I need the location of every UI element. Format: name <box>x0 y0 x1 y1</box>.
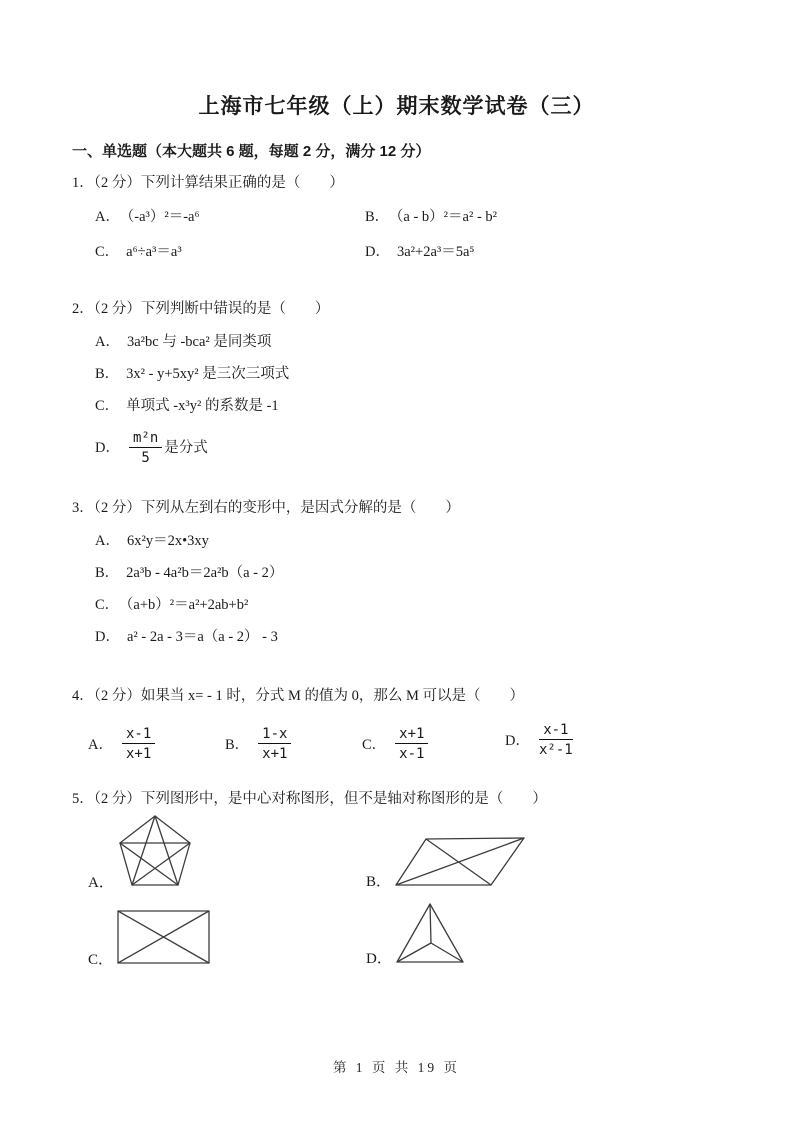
option-expression: （a+b）²＝a²+2ab+b² <box>126 597 248 613</box>
fraction-denominator: x+1 <box>258 744 291 763</box>
rectangle-figure <box>116 909 212 966</box>
option-expression: （-a³）²＝-a⁶ <box>127 209 200 225</box>
option-expression: 3a²bc 与 -bca² 是同类项 <box>127 334 271 350</box>
option-a: A．3a²bc 与 -bca² 是同类项 <box>95 332 732 352</box>
figure-option-b: B． <box>366 836 526 888</box>
option-expression: 2a³b - 4a²b＝2a²b（a - 2） <box>126 565 283 581</box>
question-2-options: A．3a²bc 与 -bca² 是同类项 B．3x² - y+5xy² 是三次三… <box>95 332 732 467</box>
question-2: 2．（2 分）下列判断中错误的是（ ） A．3a²bc 与 -bca² 是同类项… <box>72 299 732 479</box>
question-2-stem: 2．（2 分）下列判断中错误的是（ ） <box>72 299 732 319</box>
option-d: D．3a²+2a³＝5a⁵ <box>365 242 732 262</box>
parallelogram-figure <box>394 836 526 888</box>
question-4-options: A． x-1 x+1 B． 1-x x+1 C． x+1 x-1 <box>72 712 732 774</box>
exam-page: 上海市七年级（上）期末数学试卷（三） 一、单选题（本大题共 6 题，每题 2 分… <box>0 0 793 1122</box>
option-expression: a⁶÷a³＝a³ <box>126 244 182 260</box>
fraction: m²n 5 <box>129 428 162 467</box>
page-number: 第 1 页 共 19 页 <box>0 1056 793 1076</box>
fraction-numerator: 1-x <box>258 724 291 744</box>
option-label: C． <box>88 948 113 969</box>
option-expression: 6x²y＝2x•3xy <box>127 533 209 549</box>
question-5-stem: 5．（2 分）下列图形中，是中心对称图形，但不是轴对称图形的是（ ） <box>72 789 732 809</box>
option-label: B． <box>95 366 119 382</box>
fraction: x-1 x+1 <box>122 724 155 763</box>
option-label: D． <box>365 244 390 260</box>
fraction-denominator: x+1 <box>122 744 155 763</box>
option-b: B．2a³b - 4a²b＝2a²b（a - 2） <box>95 563 732 583</box>
option-label: A． <box>88 733 113 754</box>
option-label: D． <box>505 729 530 750</box>
option-a: A． x-1 x+1 <box>88 724 157 763</box>
option-d: D．a² - 2a - 3＝a（a - 2） - 3 <box>95 627 732 647</box>
pentagon-star-figure <box>117 813 195 889</box>
option-label: A． <box>95 209 120 225</box>
question-4-stem: 4．（2 分）如果当 x= - 1 时，分式 M 的值为 0，那么 M 可以是（… <box>72 686 732 706</box>
option-expression: 单项式 -x³y² 的系数是 -1 <box>126 398 278 414</box>
option-expression: （a - b）²＝a² - b² <box>396 209 497 225</box>
option-a: A．（-a³）²＝-a⁶ <box>95 207 365 227</box>
figure-option-c: C． <box>88 909 212 966</box>
triangle-figure <box>395 902 467 965</box>
fraction-denominator: 5 <box>129 448 162 467</box>
option-label: B． <box>95 565 119 581</box>
option-d: D． x-1 x²-1 <box>505 720 575 759</box>
option-label: A． <box>95 334 120 350</box>
option-label: C． <box>95 244 119 260</box>
fraction: 1-x x+1 <box>258 724 291 763</box>
option-label: C． <box>362 733 386 754</box>
question-5: 5．（2 分）下列图形中，是中心对称图形，但不是轴对称图形的是（ ） A． B．… <box>72 789 732 809</box>
option-b: B．3x² - y+5xy² 是三次三项式 <box>95 364 732 384</box>
option-c: C． x+1 x-1 <box>362 724 430 763</box>
option-b: B．（a - b）²＝a² - b² <box>365 207 732 227</box>
question-3-options: A．6x²y＝2x•3xy B．2a³b - 4a²b＝2a²b（a - 2） … <box>95 531 732 647</box>
fraction-numerator: x-1 <box>539 720 573 740</box>
option-label: C． <box>95 597 119 613</box>
question-1: 1．（2 分）下列计算结果正确的是（ ） A．（-a³）²＝-a⁶ B．（a -… <box>72 173 732 262</box>
fraction-numerator: m²n <box>129 428 162 448</box>
question-1-stem: 1．（2 分）下列计算结果正确的是（ ） <box>72 173 732 193</box>
exam-title: 上海市七年级（上）期末数学试卷（三） <box>0 90 793 120</box>
option-c: C．a⁶÷a³＝a³ <box>95 242 365 262</box>
option-expression: a² - 2a - 3＝a（a - 2） - 3 <box>127 629 278 645</box>
option-b: B． 1-x x+1 <box>225 724 293 763</box>
option-d: D． m²n 5 是分式 <box>95 428 732 467</box>
option-label: C． <box>95 398 119 414</box>
fraction-numerator: x-1 <box>122 724 155 744</box>
option-label: B． <box>225 733 249 754</box>
option-a: A．6x²y＝2x•3xy <box>95 531 732 551</box>
figure-option-d: D． <box>366 902 467 965</box>
option-expression: 3x² - y+5xy² 是三次三项式 <box>126 366 289 382</box>
option-c: C．单项式 -x³y² 的系数是 -1 <box>95 396 732 416</box>
option-label: D． <box>95 629 120 645</box>
option-c: C．（a+b）²＝a²+2ab+b² <box>95 595 732 615</box>
option-label: A． <box>95 533 120 549</box>
fraction-numerator: x+1 <box>395 724 428 744</box>
question-1-options: A．（-a³）²＝-a⁶ B．（a - b）²＝a² - b² C．a⁶÷a³＝… <box>95 207 732 262</box>
option-suffix-text: 是分式 <box>164 438 208 458</box>
figure-option-a: A． <box>88 813 195 889</box>
option-label: B． <box>365 209 389 225</box>
option-label: B． <box>366 870 391 891</box>
question-3-stem: 3．（2 分）下列从左到右的变形中，是因式分解的是（ ） <box>72 498 732 518</box>
option-label: D． <box>95 438 120 458</box>
option-label: D． <box>366 947 392 968</box>
question-3: 3．（2 分）下列从左到右的变形中，是因式分解的是（ ） A．6x²y＝2x•3… <box>72 498 732 659</box>
fraction: x-1 x²-1 <box>539 720 573 759</box>
section-heading: 一、单选题（本大题共 6 题，每题 2 分，满分 12 分） <box>72 140 732 161</box>
option-label: A． <box>88 871 114 892</box>
fraction-denominator: x²-1 <box>539 740 573 759</box>
option-expression: 3a²+2a³＝5a⁵ <box>397 244 474 260</box>
fraction: x+1 x-1 <box>395 724 428 763</box>
question-4: 4．（2 分）如果当 x= - 1 时，分式 M 的值为 0，那么 M 可以是（… <box>72 686 732 774</box>
fraction-denominator: x-1 <box>395 744 428 763</box>
